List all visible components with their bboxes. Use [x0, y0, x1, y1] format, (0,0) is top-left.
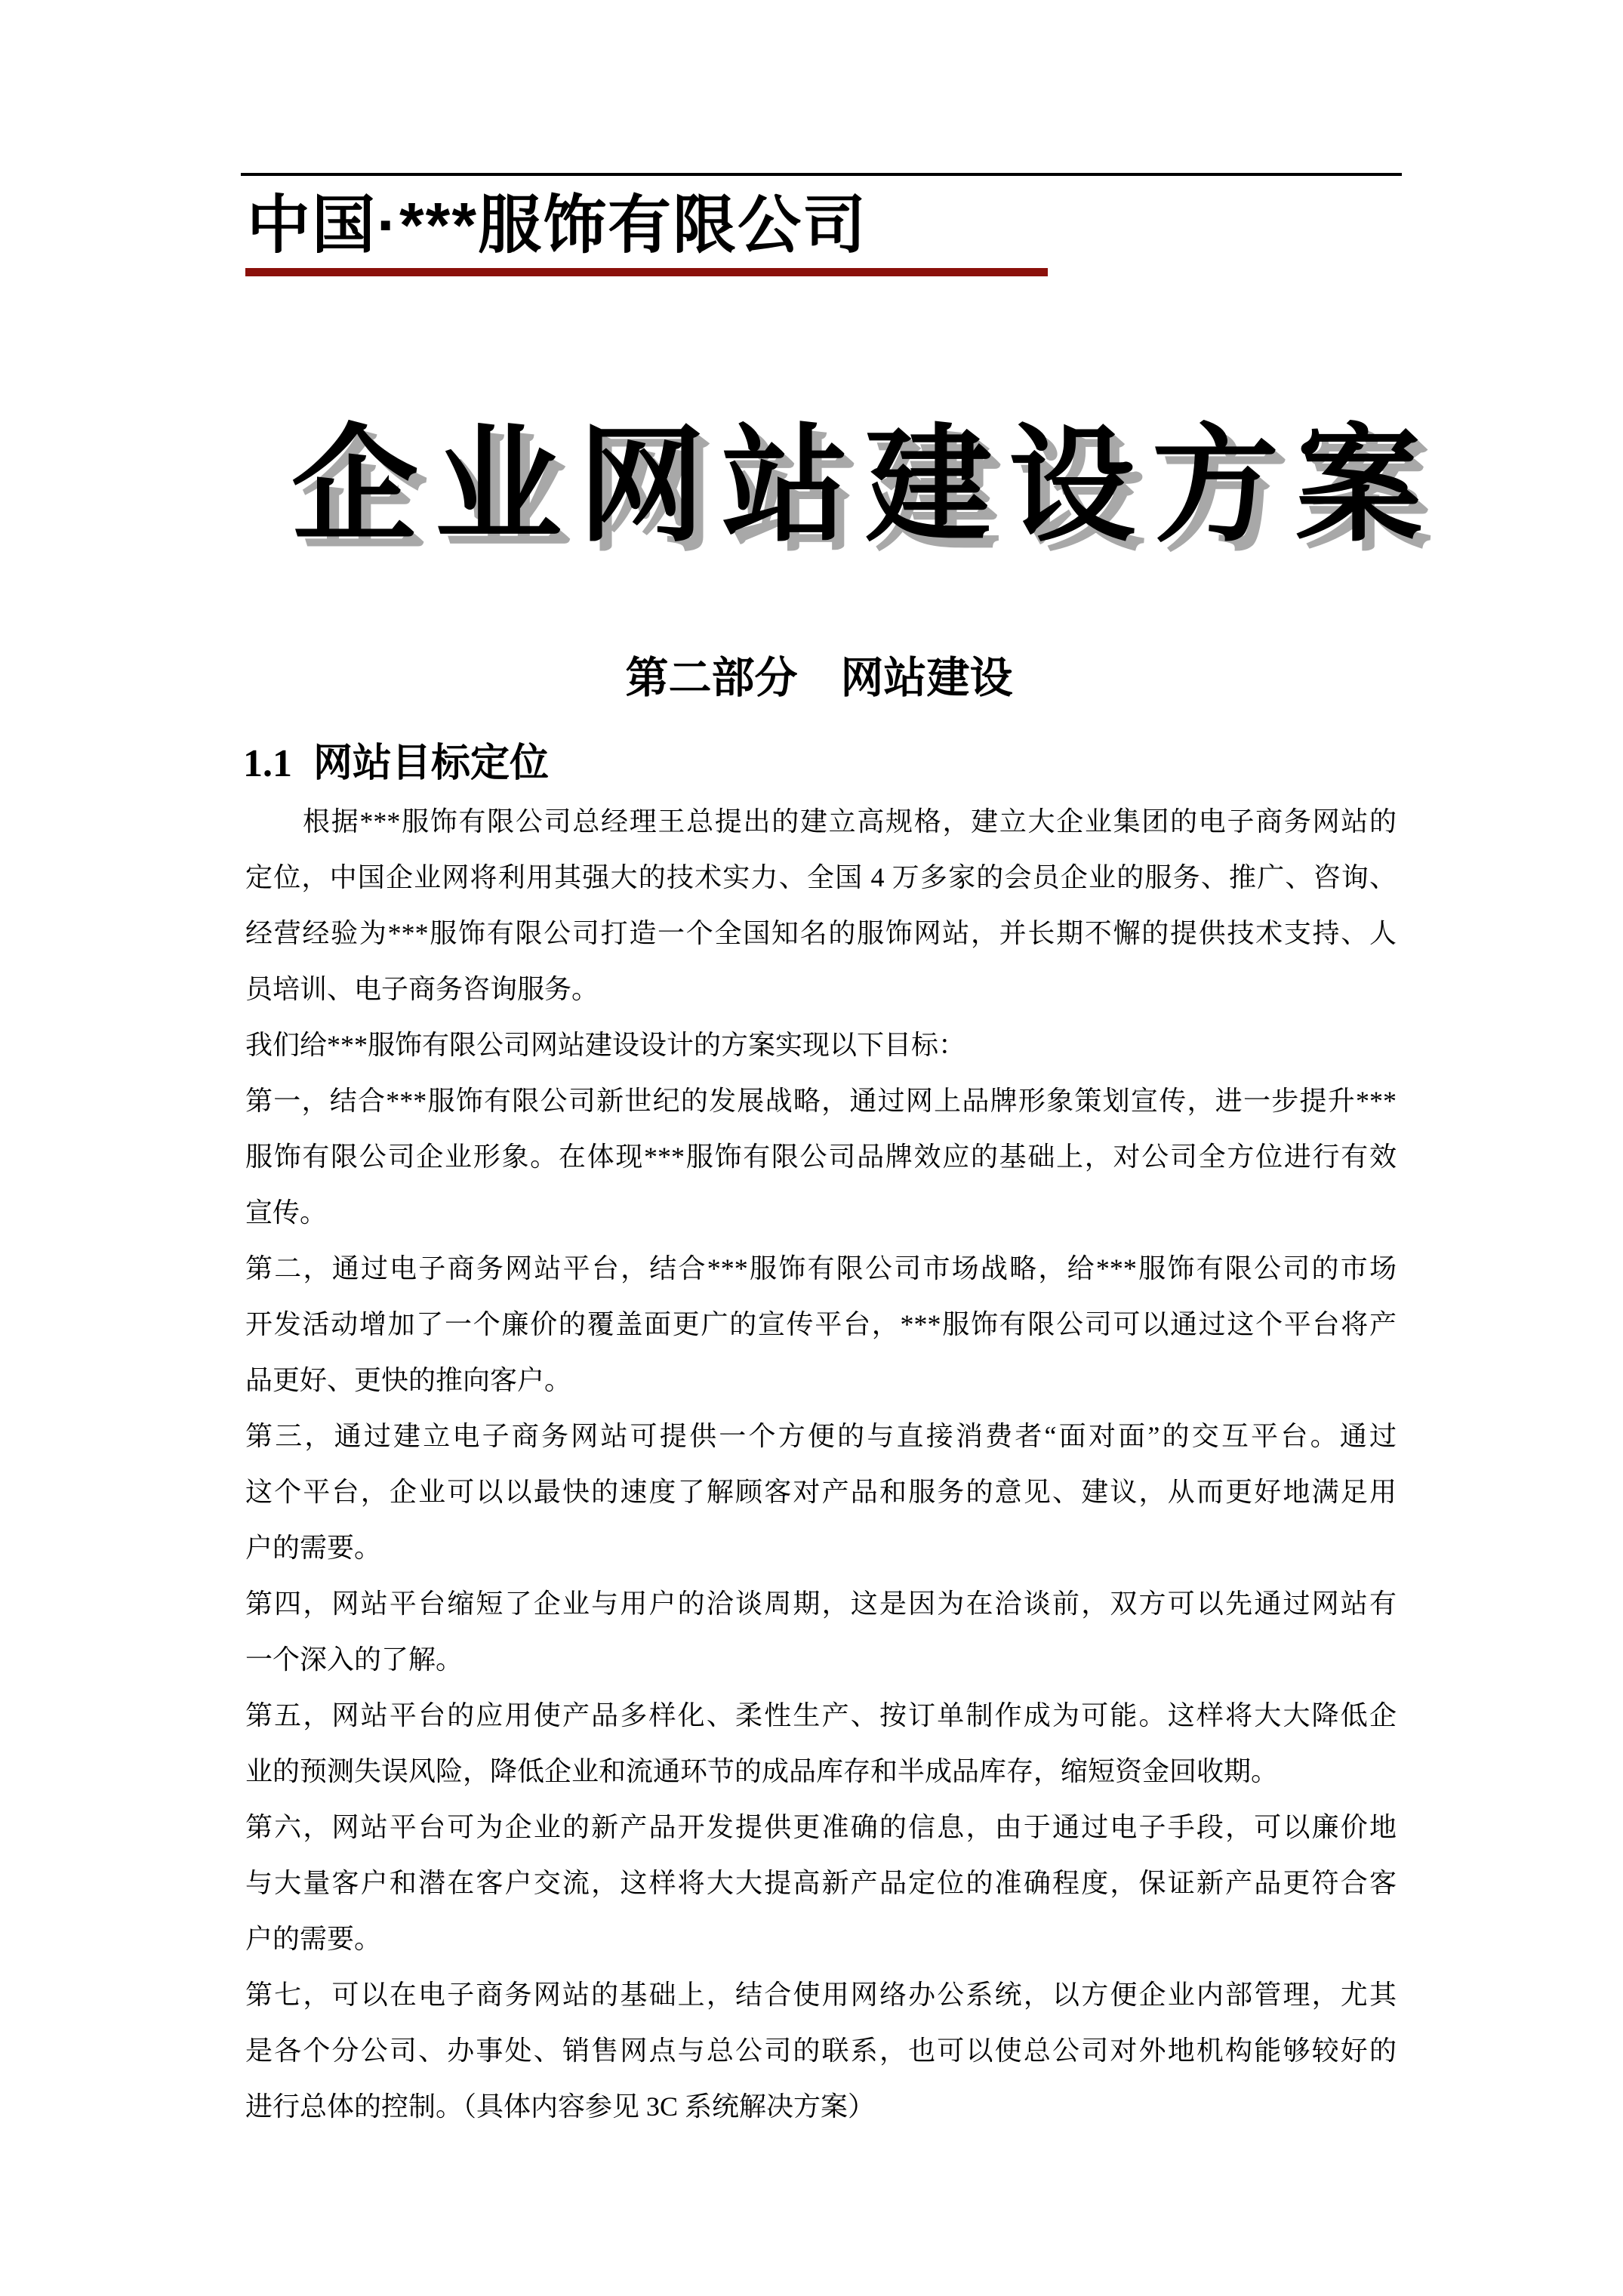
- body-line: 根据***服饰有限公司总经理王总提出的建立高规格，建立大企业集团的电子商务网站的: [245, 794, 1397, 849]
- part-heading: 第二部分 网站建设: [0, 646, 1623, 710]
- body-line: 员培训、电子商务咨询服务。: [245, 961, 1397, 1017]
- section-number: 1.1: [243, 742, 292, 785]
- body-line: 与大量客户和潜在客户交流，这样将大大提高新产品定位的准确程度，保证新产品更符合客: [245, 1855, 1397, 1911]
- body-line: 户的需要。: [245, 1911, 1397, 1967]
- body-line: 第二，通过电子商务网站平台，结合***服饰有限公司市场战略，给***服饰有限公司…: [245, 1240, 1397, 1296]
- body-line: 经营经验为***服饰有限公司打造一个全国知名的服饰网站，并长期不懈的提供技术支持…: [245, 905, 1397, 961]
- body-line: 是各个分公司、办事处、销售网点与总公司的联系，也可以使总公司对外地机构能够较好的: [245, 2023, 1397, 2079]
- body-line: 一个深入的了解。: [245, 1632, 1397, 1687]
- body-line: 第五，网站平台的应用使产品多样化、柔性生产、按订单制作成为可能。这样将大大降低企: [245, 1687, 1397, 1743]
- body-line: 开发活动增加了一个廉价的覆盖面更广的宣传平台，***服饰有限公司可以通过这个平台…: [245, 1296, 1397, 1352]
- body-line: 第六，网站平台可为企业的新产品开发提供更准确的信息，由于通过电子手段，可以廉价地: [245, 1799, 1397, 1855]
- company-header-title: 中国·***服饰有限公司: [247, 186, 867, 264]
- body-line: 这个平台，企业可以以最快的速度了解顾客对产品和服务的意见、建议，从而更好地满足用: [245, 1464, 1397, 1520]
- body-line: 服饰有限公司企业形象。在体现***服饰有限公司品牌效应的基础上，对公司全方位进行…: [245, 1129, 1397, 1185]
- body-line: 第七，可以在电子商务网站的基础上，结合使用网络办公系统，以方便企业内部管理，尤其: [245, 1967, 1397, 2023]
- body-line: 品更好、更快的推向客户。: [245, 1352, 1397, 1408]
- body-line: 第四，网站平台缩短了企业与用户的洽谈周期，这是因为在洽谈前，双方可以先通过网站有: [245, 1576, 1397, 1632]
- body-line: 定位，中国企业网将利用其强大的技术实力、全国 4 万多家的会员企业的服务、推广、…: [245, 849, 1397, 905]
- body-line: 第一，结合***服饰有限公司新世纪的发展战略，通过网上品牌形象策划宣传，进一步提…: [245, 1073, 1397, 1129]
- body-line: 宣传。: [245, 1185, 1397, 1240]
- body-line: 第三，通过建立电子商务网站可提供一个方便的与直接消费者“面对面”的交互平台。通过: [245, 1408, 1397, 1464]
- document-main-title: 企业网站建设方案: [291, 414, 1439, 557]
- body-line: 我们给***服饰有限公司网站建设设计的方案实现以下目标：: [245, 1017, 1397, 1073]
- body-text: 根据***服饰有限公司总经理王总提出的建立高规格，建立大企业集团的电子商务网站的…: [245, 794, 1397, 2134]
- section-heading: 1.1网站目标定位: [243, 736, 549, 792]
- body-line: 业的预测失误风险，降低企业和流通环节的成品库存和半成品库存，缩短资金回收期。: [245, 1743, 1397, 1799]
- header-underline: [245, 268, 1048, 276]
- body-line: 户的需要。: [245, 1520, 1397, 1576]
- top-border-rule: [241, 173, 1402, 176]
- body-line: 进行总体的控制。（具体内容参见 3C 系统解决方案）: [245, 2079, 1397, 2134]
- section-title: 网站目标定位: [313, 742, 549, 785]
- document-page: 中国·***服饰有限公司 企业网站建设方案 第二部分 网站建设 1.1网站目标定…: [0, 0, 1623, 2296]
